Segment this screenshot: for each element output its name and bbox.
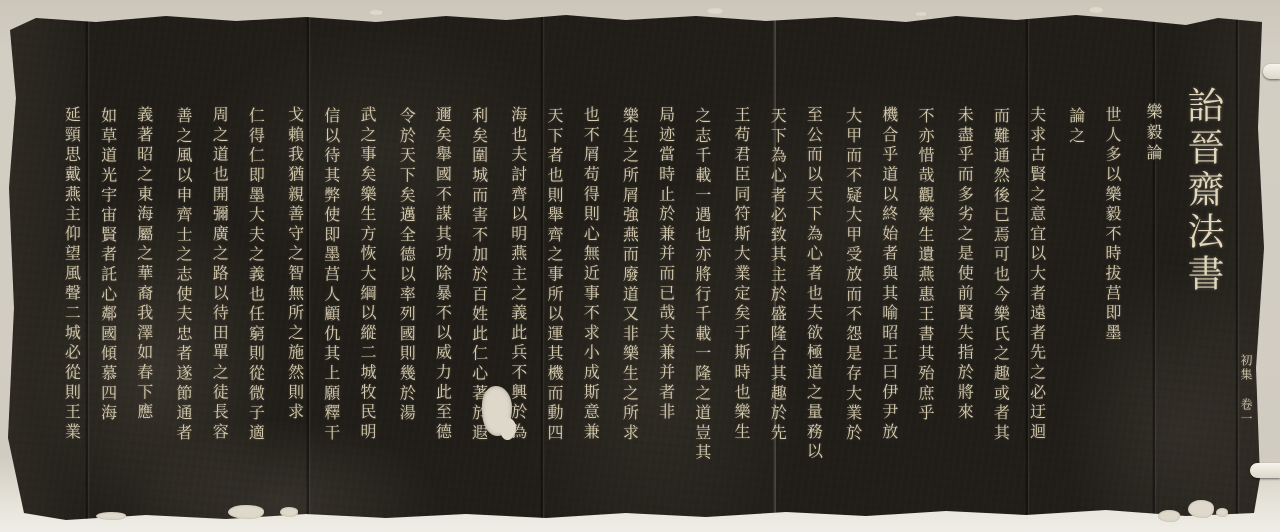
text-column: 至公而以天下為心者也夫欲極道之量務以 (805, 106, 821, 462)
text-column: 不亦惜哉觀樂生遺燕惠王書其殆庶乎 (917, 107, 933, 424)
paper-chip (1188, 500, 1214, 518)
text-column: 善之風以申齊士之志使夫忠者遂節通者 (175, 107, 191, 444)
edge-nick (1088, 6, 1104, 14)
text-column: 夫求古賢之意宜以大者遠者先之必迂迴 (1029, 106, 1045, 443)
paper-chip (1158, 510, 1180, 522)
panel-seam (1235, 8, 1240, 524)
text-column: 機合乎道以終始者與其喻昭王曰伊尹放 (881, 106, 897, 443)
text-column: 大甲而不疑大甲受放而不怨是存大業於 (845, 107, 861, 444)
edge-nick (368, 9, 384, 16)
text-column: 義著昭之東海屬之華裔我澤如春下應 (136, 106, 152, 423)
text-column: 未盡乎而多劣之是使前賢失指於將來 (956, 106, 972, 423)
paper-chip (280, 507, 298, 517)
text-column: 周之道也開彌廣之路以待田單之徒長容 (211, 106, 227, 443)
text-column: 天下者也則舉齊之事所以運其機而動四 (546, 107, 562, 444)
section-title-column: 樂毅論 (1145, 103, 1161, 165)
paper-chip (228, 505, 264, 519)
text-column: 海也夫討齊以明燕主之義此兵不興於為 (510, 106, 526, 443)
text-column: 而難通然後已焉可也今樂氏之趣或者其 (992, 107, 1008, 444)
text-column: 戈賴我猶親善守之智無所之施然則求 (287, 106, 303, 423)
text-column: 如草道光宇宙賢者託心鄰國傾慕四海 (100, 107, 116, 424)
text-column: 天下為心者必致其主於盛隆合其趣於先 (769, 107, 785, 444)
volume-mark-collection: 初集 (1240, 354, 1252, 382)
text-column: 邇矣舉國不謀其功除暴不以威力此至德 (434, 106, 450, 443)
volume-mark-number: 卷一 (1240, 398, 1252, 426)
binding-tab (1263, 64, 1280, 79)
paper-chip (1216, 508, 1228, 517)
paper-chip (96, 512, 126, 520)
volume-mark: 初集 卷一 (1240, 354, 1252, 426)
panel-seam (306, 8, 311, 524)
text-column: 信以待其弊使即墨莒人顧仇其上願釋干 (323, 107, 339, 444)
panel-seam (1152, 8, 1157, 524)
text-column: 令於天下矣邁全德以率列國則幾於湯 (398, 107, 414, 424)
panel-seam (85, 8, 90, 524)
text-column: 樂生之所屑強燕而廢道又非樂生之所求 (621, 107, 637, 444)
edge-nick (914, 11, 928, 17)
text-column: 武之事矣樂生方恢大綱以縱二城牧民明 (359, 106, 375, 443)
text-column: 局迹當時止於兼并而已哉夫兼并者非 (658, 106, 674, 423)
text-column: 之志千載一遇也亦將行千載一隆之道豈其 (694, 107, 710, 463)
paper-mount: 詒晉齋法書 樂毅論 世人多以樂毅不時拔莒即墨論之夫求古賢之意宜以大者遠者先之必迂… (0, 0, 1280, 532)
text-column: 仁得仁即墨大夫之義也任窮則從微子適 (247, 107, 263, 444)
text-column: 王苟君臣同符斯大業定矣于斯時也樂生 (733, 106, 749, 443)
text-column: 世人多以樂毅不時拔莒即墨 (1104, 106, 1120, 344)
text-column: 也不屑苟得則心無近事不求小成斯意兼 (582, 106, 598, 443)
text-column: 論之 (1068, 107, 1084, 147)
edge-nick (706, 7, 724, 15)
binding-tab (1250, 463, 1280, 478)
text-column: 延頸思戴燕主仰望風聲二城必從則王業 (63, 106, 79, 443)
album-title: 詒晉齋法書 (1184, 86, 1221, 296)
